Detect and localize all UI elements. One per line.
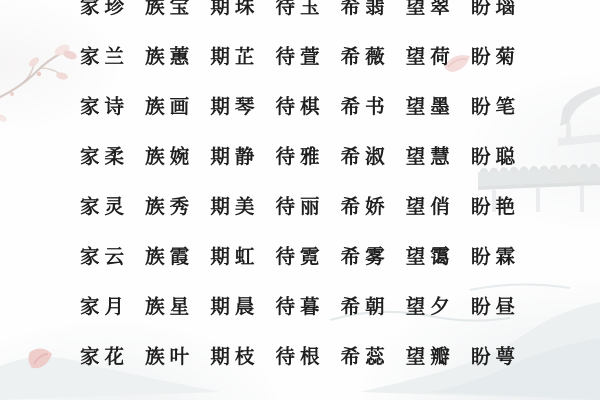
name-word: 盼萼 — [471, 341, 520, 369]
name-word: 希娇 — [341, 191, 390, 219]
name-word: 希雾 — [341, 241, 390, 269]
name-word: 望俏 — [406, 191, 455, 219]
name-word: 家云 — [80, 241, 129, 269]
name-word: 期美 — [210, 191, 259, 219]
name-row: 家诗族画期琴待棋希书望墨盼笔 — [80, 80, 520, 130]
name-word: 望瓣 — [406, 341, 455, 369]
name-row: 家珍族宝期珠待玉希翡望翠盼瑙 — [80, 0, 520, 30]
name-word: 盼瑙 — [471, 0, 520, 19]
name-word: 待霓 — [275, 241, 324, 269]
name-word: 期虹 — [210, 241, 259, 269]
name-word: 盼艳 — [471, 191, 520, 219]
name-word: 族霞 — [145, 241, 194, 269]
name-word: 望荷 — [406, 41, 455, 69]
name-word: 族叶 — [145, 341, 194, 369]
name-word: 期芷 — [210, 41, 259, 69]
name-word: 盼昼 — [471, 291, 520, 319]
name-word: 待暮 — [275, 291, 324, 319]
name-word: 盼笔 — [471, 91, 520, 119]
name-row: 家灵族秀期美待丽希娇望俏盼艳 — [80, 180, 520, 230]
name-grid: 家珍族宝期珠待玉希翡望翠盼瑙家兰族蕙期芷待萱希薇望荷盼菊家诗族画期琴待棋希书望墨… — [80, 0, 520, 380]
name-word: 家诗 — [80, 91, 129, 119]
name-word: 待雅 — [275, 141, 324, 169]
name-word: 待玉 — [275, 0, 324, 19]
name-row: 家兰族蕙期芷待萱希薇望荷盼菊 — [80, 30, 520, 80]
name-word: 族宝 — [145, 0, 194, 19]
name-word: 家兰 — [80, 41, 129, 69]
name-word: 希薇 — [341, 41, 390, 69]
name-word: 家珍 — [80, 0, 129, 19]
name-word: 望翠 — [406, 0, 455, 19]
name-word: 族秀 — [145, 191, 194, 219]
name-word: 望墨 — [406, 91, 455, 119]
name-word: 盼霖 — [471, 241, 520, 269]
name-word: 盼聪 — [471, 141, 520, 169]
name-word: 族星 — [145, 291, 194, 319]
name-word: 家灵 — [80, 191, 129, 219]
name-word: 待棋 — [275, 91, 324, 119]
name-word: 待丽 — [275, 191, 324, 219]
name-word: 希朝 — [341, 291, 390, 319]
name-word: 希书 — [341, 91, 390, 119]
name-word: 期晨 — [210, 291, 259, 319]
name-word: 族画 — [145, 91, 194, 119]
name-word: 期珠 — [210, 0, 259, 19]
name-word: 望霭 — [406, 241, 455, 269]
name-word: 待根 — [275, 341, 324, 369]
name-word: 家月 — [80, 291, 129, 319]
name-word: 期静 — [210, 141, 259, 169]
name-word: 家花 — [80, 341, 129, 369]
falling-petal-bottom-decoration — [22, 342, 58, 378]
name-word: 期琴 — [210, 91, 259, 119]
name-word: 希翡 — [341, 0, 390, 19]
name-word: 待萱 — [275, 41, 324, 69]
name-word: 族婉 — [145, 141, 194, 169]
name-word: 家柔 — [80, 141, 129, 169]
name-word: 希淑 — [341, 141, 390, 169]
name-word: 盼菊 — [471, 41, 520, 69]
name-word: 望慧 — [406, 141, 455, 169]
name-word: 期枝 — [210, 341, 259, 369]
name-word: 望夕 — [406, 291, 455, 319]
name-row: 家月族星期晨待暮希朝望夕盼昼 — [80, 280, 520, 330]
name-row: 家柔族婉期静待雅希淑望慧盼聪 — [80, 130, 520, 180]
name-word: 族蕙 — [145, 41, 194, 69]
name-word: 希蕊 — [341, 341, 390, 369]
name-row: 家云族霞期虹待霓希雾望霭盼霖 — [80, 230, 520, 280]
name-row: 家花族叶期枝待根希蕊望瓣盼萼 — [80, 330, 520, 380]
